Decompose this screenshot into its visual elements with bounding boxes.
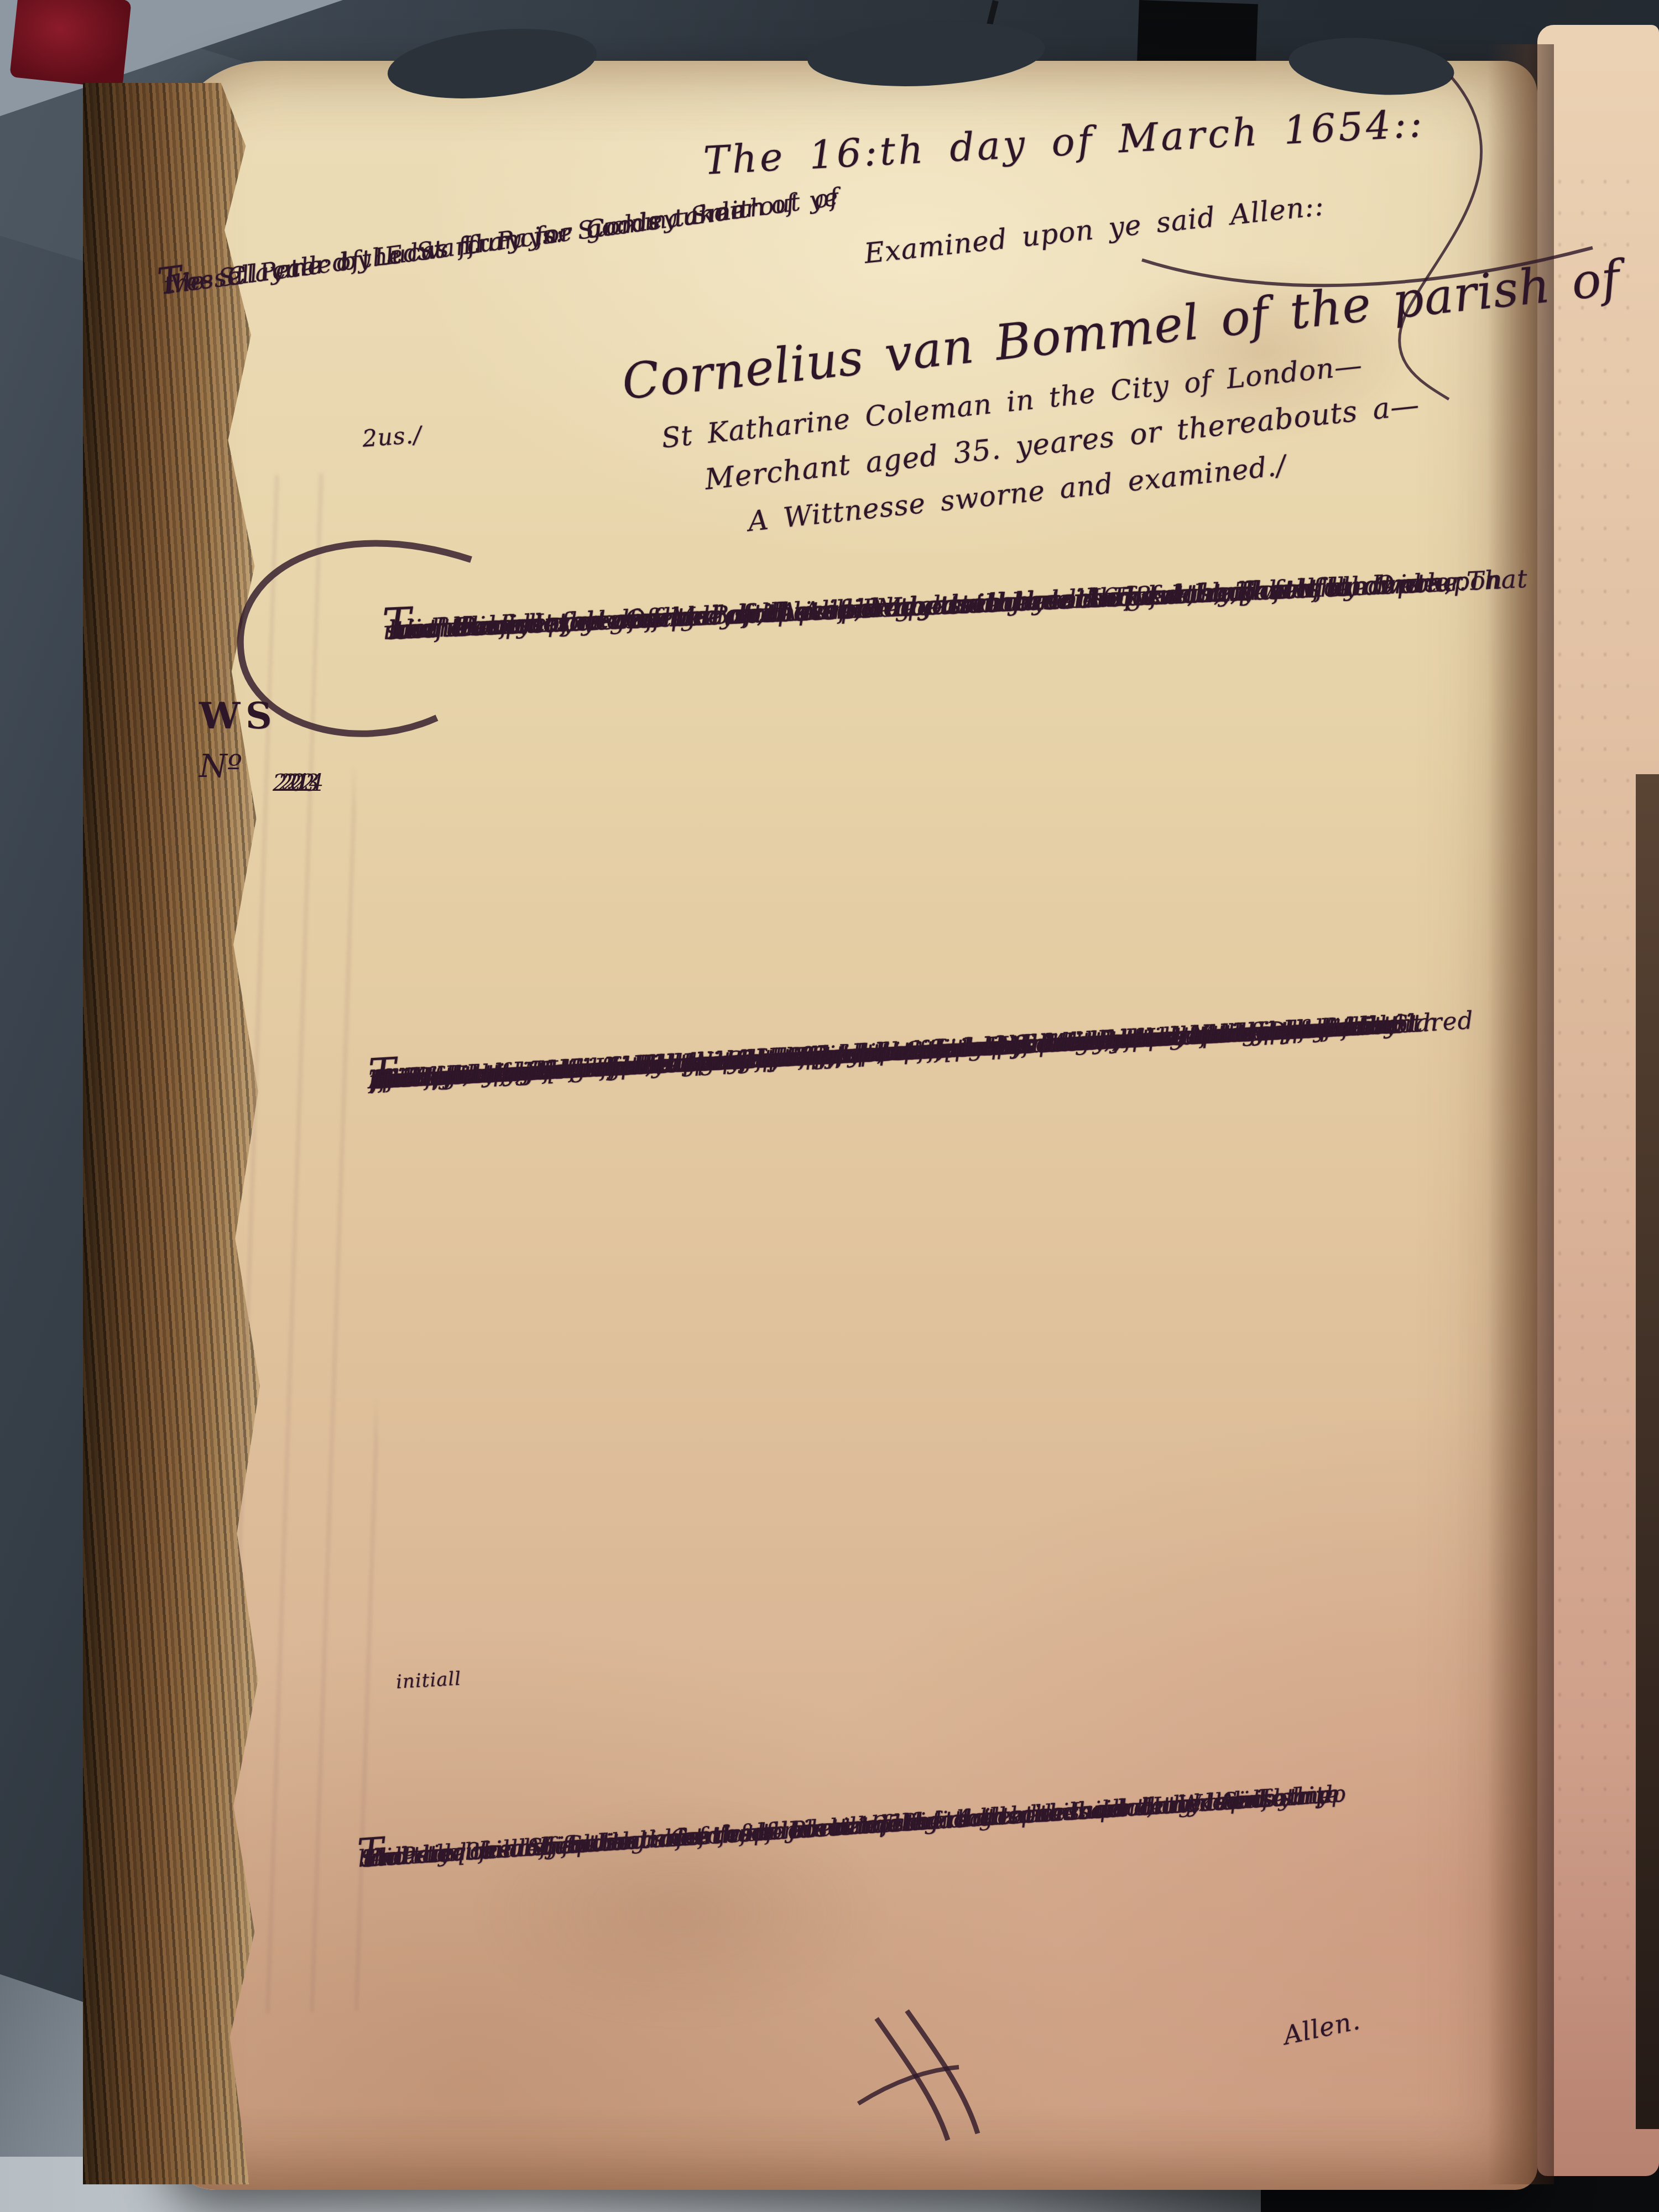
witness-number: 2us./ <box>361 421 422 452</box>
bale-number: 24 <box>291 764 326 802</box>
bale-mark-initials: WS <box>199 694 278 737</box>
numero-sign: Nº <box>199 747 242 785</box>
bale-mark-numbers-row: Nº 2021222324 <box>199 747 278 785</box>
red-object <box>9 0 132 88</box>
manuscript-photo-scene: The 16:th day of March 1654:: The Clayme… <box>0 0 1659 2212</box>
interlined-word: initiall <box>395 1668 462 1693</box>
margin-bale-mark: WS Nº 2021222324 <box>199 694 278 785</box>
book-fore-edge <box>1636 774 1659 2129</box>
